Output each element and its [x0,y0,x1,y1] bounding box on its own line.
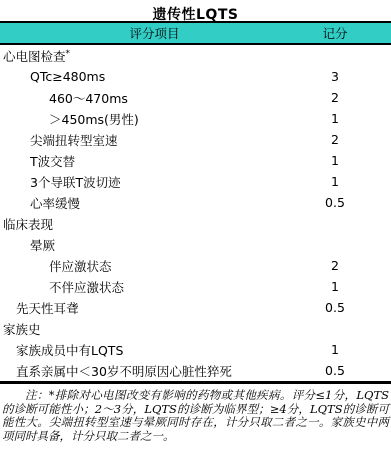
table-row: 家族成员中有LQTS1 [0,339,391,360]
row-score: 1 [279,342,391,357]
footnote: 注：*排除对心电图改变有影响的药物或其他疾病。评分≤1分，LQTS的诊断可能性小… [0,384,391,443]
row-score: 0.5 [279,300,391,315]
row-label: 晕厥 [0,236,279,254]
table-row: 心电图检查* [0,45,391,66]
row-label: T波交替 [0,152,279,170]
row-label: 直系亲属中＜30岁不明原因心脏性猝死 [0,362,279,380]
column-header-item: 评分项目 [0,24,279,42]
page-title: 遗传性LQTS [0,0,391,21]
row-score: 0.5 [279,195,391,210]
row-score: 1 [279,279,391,294]
table-row: 先天性耳聋0.5 [0,297,391,318]
table-row: 不伴应激状态1 [0,276,391,297]
row-score: 0.5 [279,363,391,378]
row-label: 心电图检查* [0,47,279,65]
table-row: ＞450ms(男性)1 [0,108,391,129]
table-row: 尖端扭转型室速2 [0,129,391,150]
table-body: 心电图检查*QTc≥480ms3460～470ms2＞450ms(男性)1尖端扭… [0,45,391,384]
row-label: 家族成员中有LQTS [0,341,279,359]
row-label: 460～470ms [0,89,279,107]
row-label: 不伴应激状态 [0,278,279,296]
table-row: 晕厥 [0,234,391,255]
lqts-score-table-page: 遗传性LQTS 评分项目 记分 心电图检查*QTc≥480ms3460～470m… [0,0,391,470]
table-row: T波交替1 [0,150,391,171]
row-label: 家族史 [0,320,279,338]
row-label: 尖端扭转型室速 [0,131,279,149]
row-label: 3个导联T波切迹 [0,173,279,191]
row-score: 2 [279,90,391,105]
row-score: 2 [279,258,391,273]
table-row: 直系亲属中＜30岁不明原因心脏性猝死0.5 [0,360,391,381]
table-row: 伴应激状态2 [0,255,391,276]
table-row: 心率缓慢0.5 [0,192,391,213]
score-table: 评分项目 记分 心电图检查*QTc≥480ms3460～470ms2＞450ms… [0,21,391,384]
table-row: 家族史 [0,318,391,339]
row-score: 1 [279,111,391,126]
footnote-marker: * [66,48,71,58]
row-score: 2 [279,132,391,147]
row-label: 伴应激状态 [0,257,279,275]
row-score: 1 [279,153,391,168]
row-label: 先天性耳聋 [0,299,279,317]
row-label: ＞450ms(男性) [0,110,279,128]
table-row: QTc≥480ms3 [0,66,391,87]
table-row: 临床表现 [0,213,391,234]
row-label: 临床表现 [0,215,279,233]
row-label: QTc≥480ms [0,69,279,84]
row-label: 心率缓慢 [0,194,279,212]
row-score: 1 [279,174,391,189]
column-header-score: 记分 [279,24,391,42]
table-header-row: 评分项目 记分 [0,21,391,45]
row-score: 3 [279,69,391,84]
table-row: 3个导联T波切迹1 [0,171,391,192]
table-row: 460～470ms2 [0,87,391,108]
